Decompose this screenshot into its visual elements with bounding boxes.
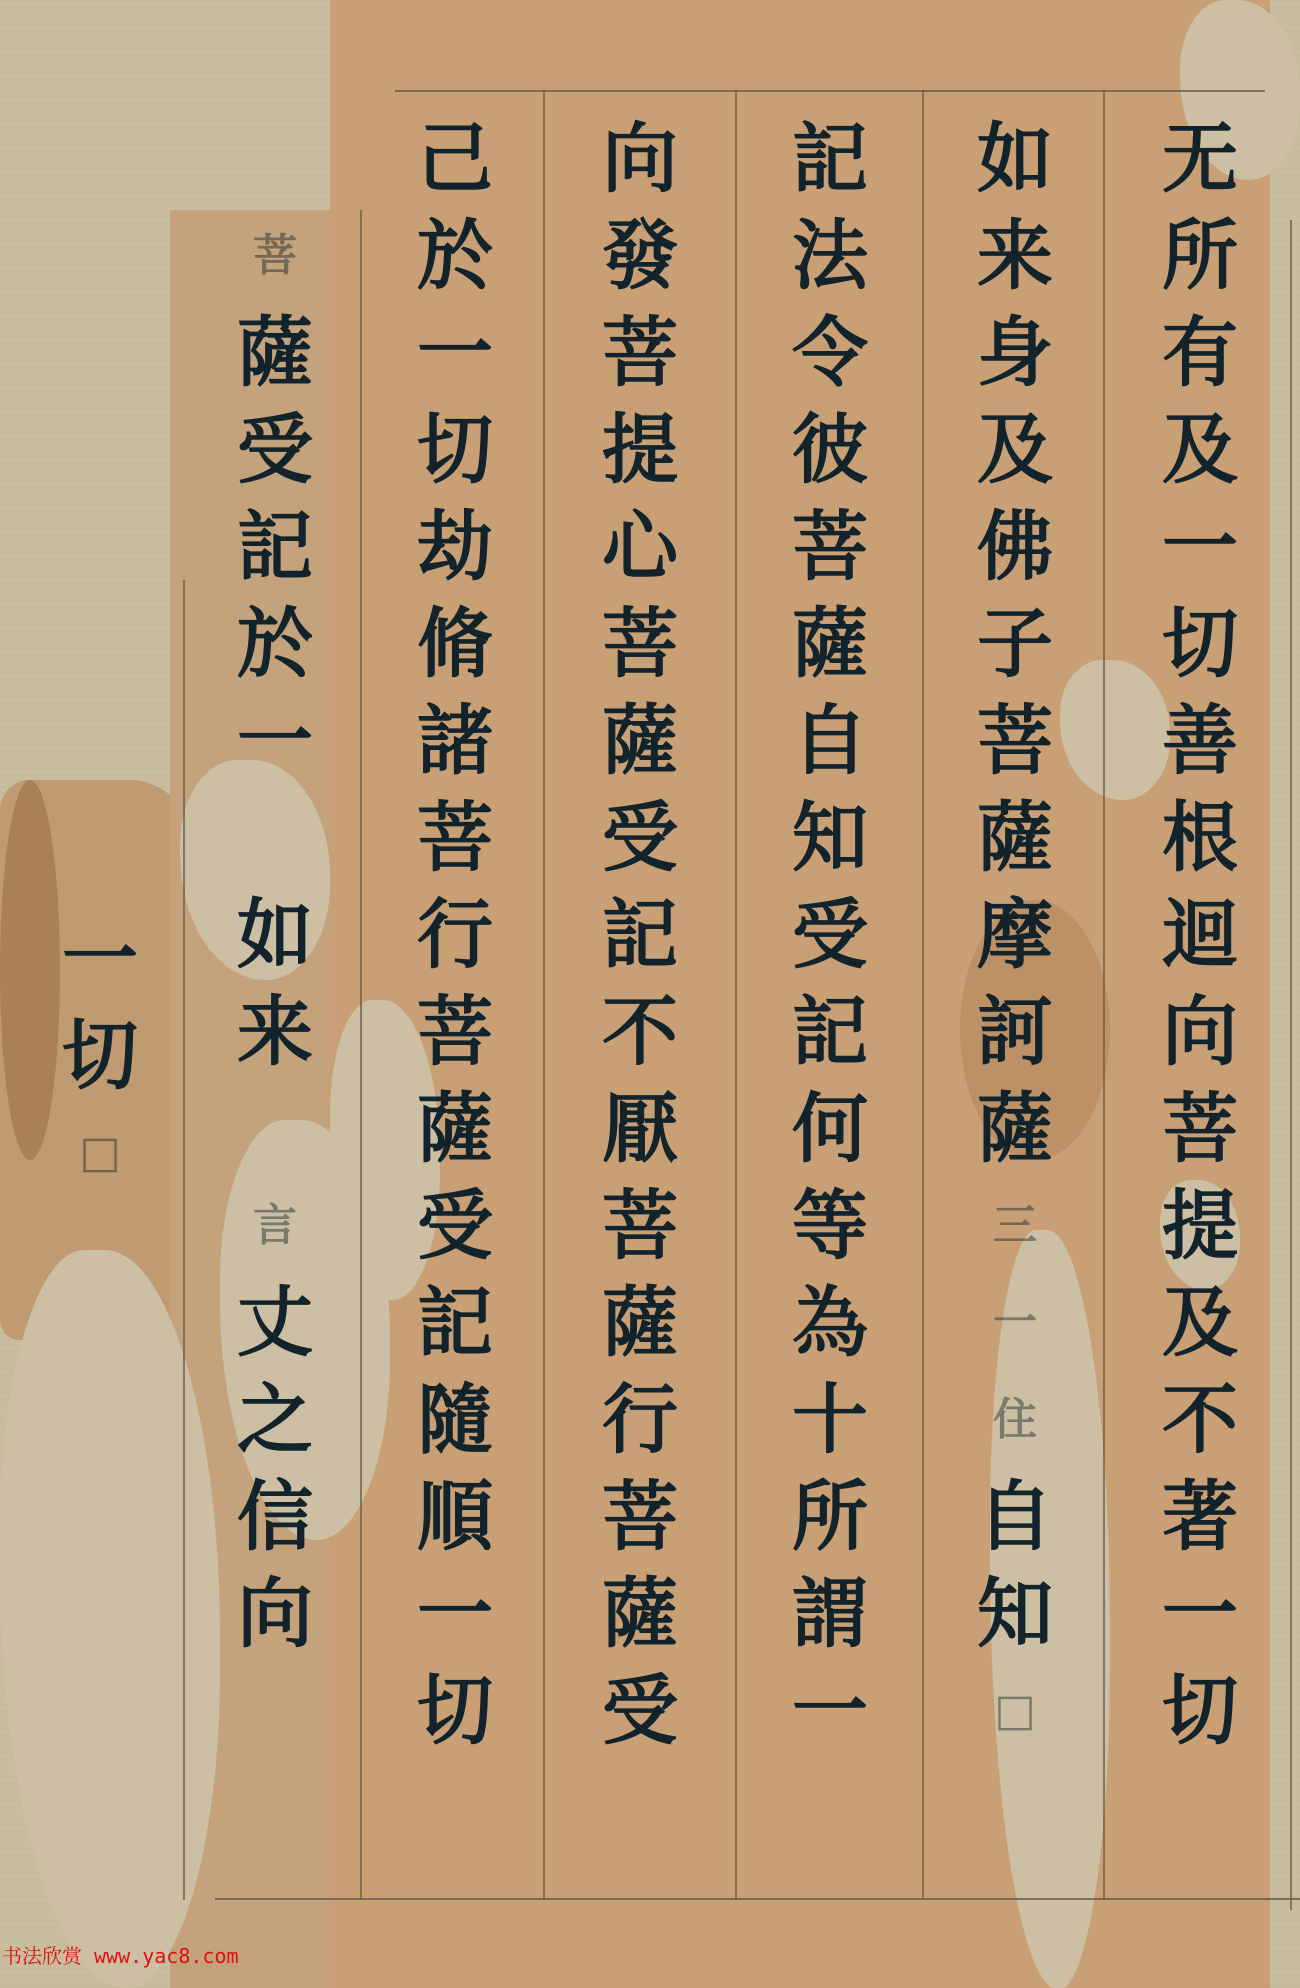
character: 向 [220,1565,330,1662]
character: 於 [220,595,330,692]
character: 切 [400,1662,510,1759]
column-rule [922,90,924,1900]
character: 不 [1145,1371,1255,1468]
bottom-margin-rule [215,1898,1300,1900]
character: 菩 [585,1177,695,1274]
character: 切 [45,1007,155,1104]
character: 切 [400,401,510,498]
character: 薩 [775,595,885,692]
text-column-2: 如 来 身 及 佛 子 菩 薩 摩 訶 薩 三 一 住 自 知 □ [960,110,1070,1759]
character: 向 [585,110,695,207]
character: 一 [400,304,510,401]
character: 向 [1145,983,1255,1080]
character: 一 [1145,1565,1255,1662]
site-watermark: 书法欣赏 www.yac8.com [2,1940,239,1969]
character: 劫 [400,498,510,595]
character: 佛 [960,498,1070,595]
text-column-7: 一 切 □ [45,910,155,1201]
character: 来 [220,983,330,1080]
character: 薩 [960,789,1070,886]
character: 提 [585,401,695,498]
character: 切 [1145,1662,1255,1759]
character: 行 [585,1371,695,1468]
character: 令 [775,304,885,401]
text-column-5: 己 於 一 切 劫 脩 諸 菩 行 菩 薩 受 記 隨 順 一 切 [400,110,510,1759]
character: 諸 [400,692,510,789]
character: 受 [220,401,330,498]
character: 自 [775,692,885,789]
damaged-character: 言 [220,1177,330,1274]
character: 子 [960,595,1070,692]
character: 无 [1145,110,1255,207]
character: 菩 [960,692,1070,789]
character: 提 [1145,1177,1255,1274]
character: 脩 [400,595,510,692]
column-rule [1103,90,1105,1900]
character: 切 [1145,595,1255,692]
damaged-character: □ [960,1662,1070,1759]
top-margin-rule [395,90,1265,92]
character: 心 [585,498,695,595]
character: 善 [1145,692,1255,789]
character: 薩 [400,1080,510,1177]
character: 行 [400,886,510,983]
character: 来 [960,207,1070,304]
column-rule [735,90,737,1900]
column-rule [543,90,545,1900]
character: 記 [220,498,330,595]
character: 著 [1145,1468,1255,1565]
character: 薩 [585,692,695,789]
damaged-character: □ [45,1104,155,1201]
character: 受 [585,789,695,886]
column-rule [360,210,362,1900]
character: 記 [775,110,885,207]
character: 菩 [1145,1080,1255,1177]
character: 一 [1145,498,1255,595]
character: 丈 [220,1274,330,1371]
character: 菩 [400,789,510,886]
character: 薩 [585,1565,695,1662]
character: 記 [585,886,695,983]
character: 身 [960,304,1070,401]
character: 薩 [960,1080,1070,1177]
character: 受 [400,1177,510,1274]
character: 知 [775,789,885,886]
character: 摩 [960,886,1070,983]
character: 一 [220,692,330,789]
damaged-character: 住 [960,1371,1070,1468]
column-rule [1290,220,1292,1910]
character: 有 [1145,304,1255,401]
character: 十 [775,1371,885,1468]
character: 訶 [960,983,1070,1080]
character: 一 [45,910,155,1007]
character: 菩 [400,983,510,1080]
character: 順 [400,1468,510,1565]
character: 於 [400,207,510,304]
character: 及 [960,401,1070,498]
character: 知 [960,1565,1070,1662]
character: 受 [585,1662,695,1759]
damaged-character: 一 [960,1274,1070,1371]
character: 己 [400,110,510,207]
character: 薩 [220,304,330,401]
column-rule [183,580,185,1900]
character: 厭 [585,1080,695,1177]
character: 為 [775,1274,885,1371]
character: 等 [775,1177,885,1274]
character: 及 [1145,1274,1255,1371]
character: 彼 [775,401,885,498]
character: 記 [400,1274,510,1371]
character: 法 [775,207,885,304]
character: 發 [585,207,695,304]
character: 受 [775,886,885,983]
character: 何 [775,1080,885,1177]
character: 不 [585,983,695,1080]
character: 如 [220,886,330,983]
character: 之 [220,1371,330,1468]
character: 記 [775,983,885,1080]
damaged-character: 菩 [220,207,330,304]
character: 根 [1145,789,1255,886]
text-column-4: 向 發 菩 提 心 菩 薩 受 記 不 厭 菩 薩 行 菩 薩 受 [585,110,695,1759]
character: 謂 [775,1565,885,1662]
character: 菩 [585,1468,695,1565]
character: 所 [775,1468,885,1565]
character: 自 [960,1468,1070,1565]
text-column-3: 記 法 令 彼 菩 薩 自 知 受 記 何 等 為 十 所 謂 一 [775,110,885,1759]
character: 薩 [585,1274,695,1371]
character: 及 [1145,401,1255,498]
character: 菩 [775,498,885,595]
damaged-character: 三 [960,1177,1070,1274]
character: 菩 [585,304,695,401]
character: 如 [960,110,1070,207]
character: 信 [220,1468,330,1565]
character: 隨 [400,1371,510,1468]
text-column-1: 无 所 有 及 一 切 善 根 迴 向 菩 提 及 不 著 一 切 [1145,110,1255,1759]
character: 一 [400,1565,510,1662]
character: 迴 [1145,886,1255,983]
character: 一 [775,1662,885,1759]
text-column-6: □ 菩 薩 受 記 於 一 □ 如 来 □ 言 丈 之 信 向 [220,110,330,1662]
character: 所 [1145,207,1255,304]
character: 菩 [585,595,695,692]
